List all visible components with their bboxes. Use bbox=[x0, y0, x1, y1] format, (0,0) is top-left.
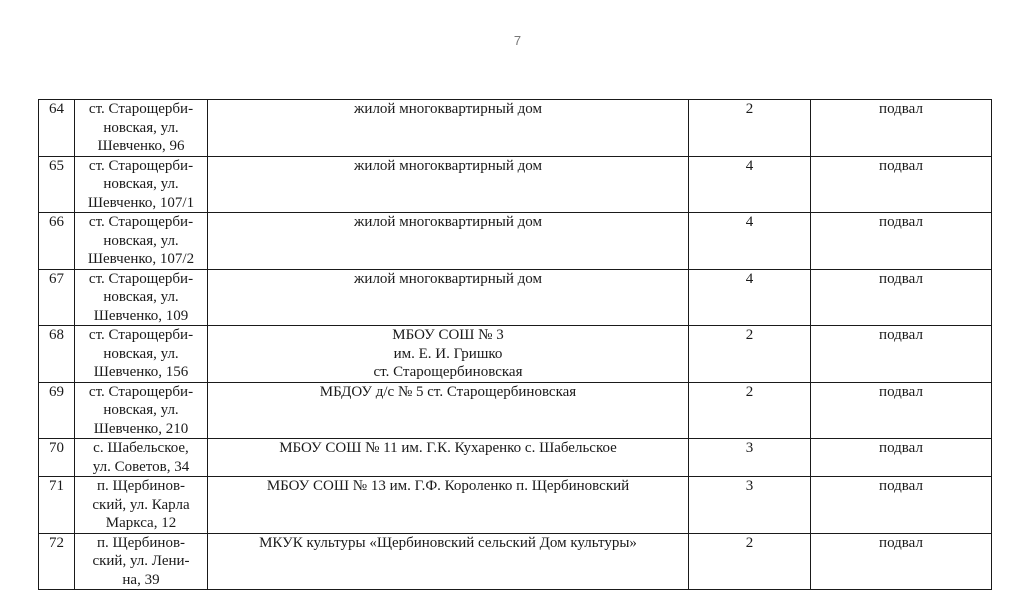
object-line: жилой многоквартирный дом bbox=[210, 213, 686, 232]
address-line: новская, ул. bbox=[77, 175, 205, 194]
object-cell: жилой многоквартирный дом bbox=[208, 213, 689, 270]
address-line: Шевченко, 107/2 bbox=[77, 250, 205, 269]
object-line: МБОУ СОШ № 3 bbox=[210, 326, 686, 345]
address-line: новская, ул. bbox=[77, 288, 205, 307]
address-cell: ст. Старощерби-новская, ул.Шевченко, 156 bbox=[75, 326, 208, 383]
address-line: новская, ул. bbox=[77, 119, 205, 138]
address-line: на, 39 bbox=[77, 571, 205, 590]
address-line: ст. Старощерби- bbox=[77, 383, 205, 402]
row-number-cell: 70 bbox=[39, 439, 75, 477]
object-cell: МБОУ СОШ № 11 им. Г.К. Кухаренко с. Шабе… bbox=[208, 439, 689, 477]
shelter-type-cell: подвал bbox=[811, 382, 992, 439]
row-number-cell: 71 bbox=[39, 477, 75, 534]
object-cell: МКУК культуры «Щербиновский сельский Дом… bbox=[208, 533, 689, 590]
table-row: 67ст. Старощерби-новская, ул.Шевченко, 1… bbox=[39, 269, 992, 326]
address-line: Шевченко, 107/1 bbox=[77, 194, 205, 213]
object-line: жилой многоквартирный дом bbox=[210, 100, 686, 119]
address-line: Шевченко, 109 bbox=[77, 307, 205, 326]
table-row: 72п. Щербинов-ский, ул. Лени-на, 39МКУК … bbox=[39, 533, 992, 590]
row-number-cell: 64 bbox=[39, 100, 75, 157]
shelter-type-cell: подвал bbox=[811, 477, 992, 534]
object-line: МКУК культуры «Щербиновский сельский Дом… bbox=[210, 534, 686, 553]
address-cell: ст. Старощерби-новская, ул.Шевченко, 96 bbox=[75, 100, 208, 157]
table-row: 66ст. Старощерби-новская, ул.Шевченко, 1… bbox=[39, 213, 992, 270]
address-line: п. Щербинов- bbox=[77, 534, 205, 553]
address-line: Маркса, 12 bbox=[77, 514, 205, 533]
object-cell: МБОУ СОШ № 3им. Е. И. Гришкост. Старощер… bbox=[208, 326, 689, 383]
shelter-type-cell: подвал bbox=[811, 533, 992, 590]
object-line: ст. Старощербиновская bbox=[210, 363, 686, 382]
row-number-cell: 72 bbox=[39, 533, 75, 590]
object-cell: жилой многоквартирный дом bbox=[208, 269, 689, 326]
shelter-type-cell: подвал bbox=[811, 100, 992, 157]
address-line: Шевченко, 96 bbox=[77, 137, 205, 156]
row-number-cell: 69 bbox=[39, 382, 75, 439]
address-line: с. Шабельское, bbox=[77, 439, 205, 458]
table-row: 71п. Щербинов-ский, ул. КарлаМаркса, 12М… bbox=[39, 477, 992, 534]
table-row: 65ст. Старощерби-новская, ул.Шевченко, 1… bbox=[39, 156, 992, 213]
object-line: им. Е. И. Гришко bbox=[210, 345, 686, 364]
shelter-type-cell: подвал bbox=[811, 439, 992, 477]
floors-cell: 2 bbox=[689, 326, 811, 383]
address-line: ст. Старощерби- bbox=[77, 157, 205, 176]
address-line: ст. Старощерби- bbox=[77, 100, 205, 119]
floors-cell: 2 bbox=[689, 533, 811, 590]
object-line: жилой многоквартирный дом bbox=[210, 157, 686, 176]
shelter-type-cell: подвал bbox=[811, 326, 992, 383]
address-cell: п. Щербинов-ский, ул. Лени-на, 39 bbox=[75, 533, 208, 590]
address-cell: ст. Старощерби-новская, ул.Шевченко, 107… bbox=[75, 213, 208, 270]
address-line: ский, ул. Лени- bbox=[77, 552, 205, 571]
address-line: новская, ул. bbox=[77, 232, 205, 251]
address-line: Шевченко, 210 bbox=[77, 420, 205, 439]
shelter-type-cell: подвал bbox=[811, 269, 992, 326]
address-cell: с. Шабельское,ул. Советов, 34 bbox=[75, 439, 208, 477]
object-line: МБОУ СОШ № 11 им. Г.К. Кухаренко с. Шабе… bbox=[210, 439, 686, 458]
object-cell: жилой многоквартирный дом bbox=[208, 156, 689, 213]
address-cell: п. Щербинов-ский, ул. КарлаМаркса, 12 bbox=[75, 477, 208, 534]
shelter-type-cell: подвал bbox=[811, 156, 992, 213]
address-cell: ст. Старощерби-новская, ул.Шевченко, 210 bbox=[75, 382, 208, 439]
object-line: МБДОУ д/с № 5 ст. Старощербиновская bbox=[210, 383, 686, 402]
address-line: ст. Старощерби- bbox=[77, 213, 205, 232]
floors-cell: 2 bbox=[689, 100, 811, 157]
floors-cell: 4 bbox=[689, 156, 811, 213]
address-line: новская, ул. bbox=[77, 401, 205, 420]
address-line: новская, ул. bbox=[77, 345, 205, 364]
address-line: п. Щербинов- bbox=[77, 477, 205, 496]
address-line: Шевченко, 156 bbox=[77, 363, 205, 382]
address-cell: ст. Старощерби-новская, ул.Шевченко, 107… bbox=[75, 156, 208, 213]
shelter-type-cell: подвал bbox=[811, 213, 992, 270]
table-row: 64ст. Старощерби-новская, ул.Шевченко, 9… bbox=[39, 100, 992, 157]
row-number-cell: 67 bbox=[39, 269, 75, 326]
address-line: ст. Старощерби- bbox=[77, 270, 205, 289]
address-cell: ст. Старощерби-новская, ул.Шевченко, 109 bbox=[75, 269, 208, 326]
row-number-cell: 65 bbox=[39, 156, 75, 213]
floors-cell: 2 bbox=[689, 382, 811, 439]
floors-cell: 4 bbox=[689, 213, 811, 270]
object-cell: жилой многоквартирный дом bbox=[208, 100, 689, 157]
object-line: МБОУ СОШ № 13 им. Г.Ф. Короленко п. Щерб… bbox=[210, 477, 686, 496]
page-number: 7 bbox=[0, 33, 1022, 48]
table-row: 70с. Шабельское,ул. Советов, 34МБОУ СОШ … bbox=[39, 439, 992, 477]
floors-cell: 3 bbox=[689, 477, 811, 534]
address-line: ский, ул. Карла bbox=[77, 496, 205, 515]
object-cell: МБОУ СОШ № 13 им. Г.Ф. Короленко п. Щерб… bbox=[208, 477, 689, 534]
shelter-table: 64ст. Старощерби-новская, ул.Шевченко, 9… bbox=[38, 99, 992, 590]
table-row: 69ст. Старощерби-новская, ул.Шевченко, 2… bbox=[39, 382, 992, 439]
table-body: 64ст. Старощерби-новская, ул.Шевченко, 9… bbox=[39, 100, 992, 590]
row-number-cell: 66 bbox=[39, 213, 75, 270]
address-line: ул. Советов, 34 bbox=[77, 458, 205, 477]
object-cell: МБДОУ д/с № 5 ст. Старощербиновская bbox=[208, 382, 689, 439]
object-line: жилой многоквартирный дом bbox=[210, 270, 686, 289]
row-number-cell: 68 bbox=[39, 326, 75, 383]
table-row: 68ст. Старощерби-новская, ул.Шевченко, 1… bbox=[39, 326, 992, 383]
floors-cell: 4 bbox=[689, 269, 811, 326]
address-line: ст. Старощерби- bbox=[77, 326, 205, 345]
floors-cell: 3 bbox=[689, 439, 811, 477]
